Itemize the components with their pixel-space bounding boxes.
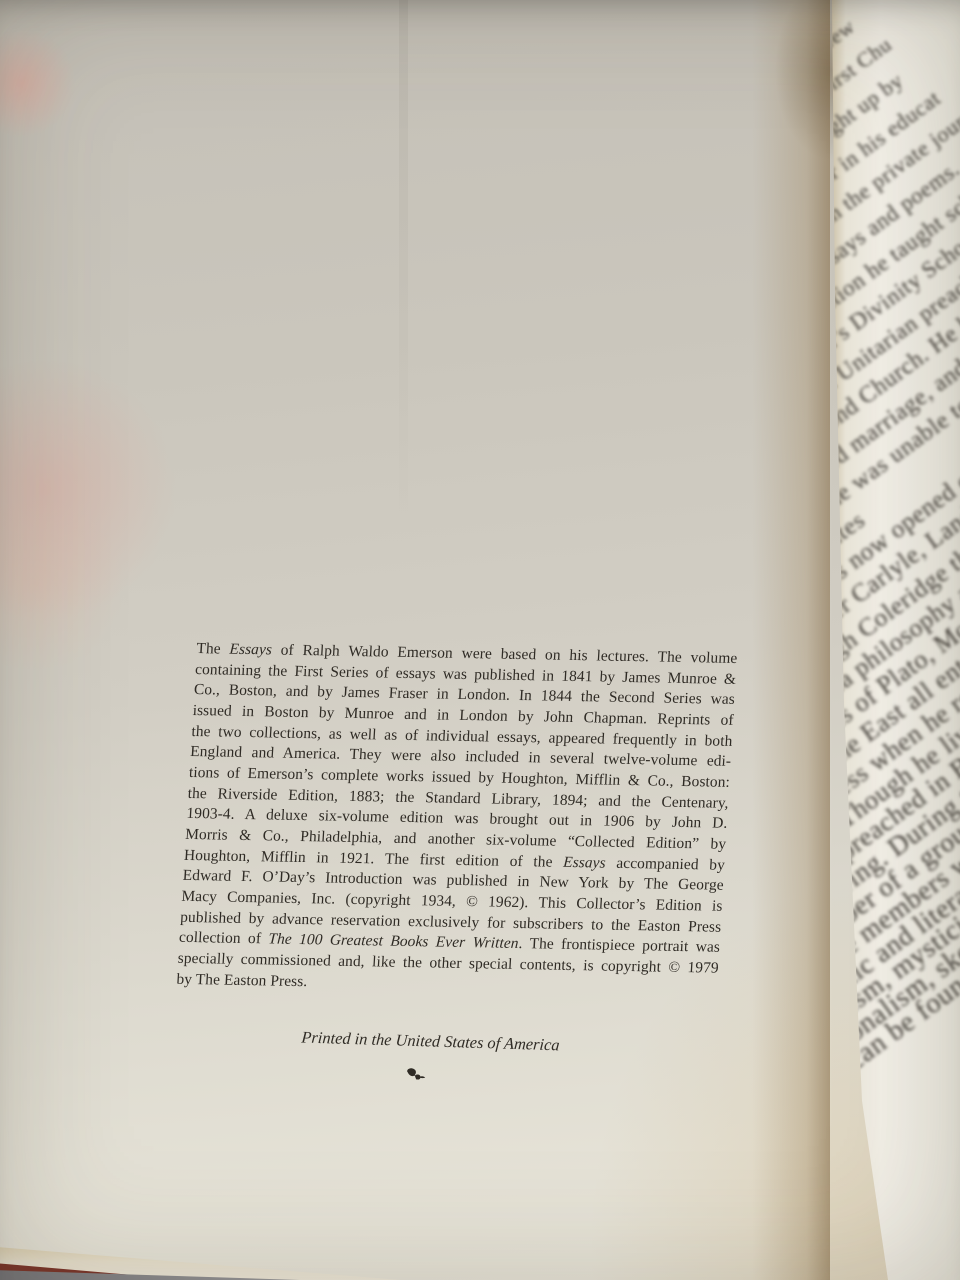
light-flare xyxy=(0,28,76,138)
light-flare xyxy=(0,500,130,670)
light-flare xyxy=(0,360,180,620)
imprint-line: Printed in the United States of America xyxy=(160,1023,702,1059)
left-page: The Essays of Ralph Waldo Emerson were b… xyxy=(0,0,960,1280)
colophon-block: The Essays of Ralph Waldo Emerson were b… xyxy=(170,639,738,1093)
gutter-shadow xyxy=(752,0,830,1280)
colophon-paragraph: The Essays of Ralph Waldo Emerson were b… xyxy=(176,639,738,1000)
printer-ornament-icon xyxy=(144,1060,686,1092)
book-photo: { "book_page": { "colophon_lines": [ [{"… xyxy=(0,0,960,1280)
page-crease xyxy=(399,0,408,540)
